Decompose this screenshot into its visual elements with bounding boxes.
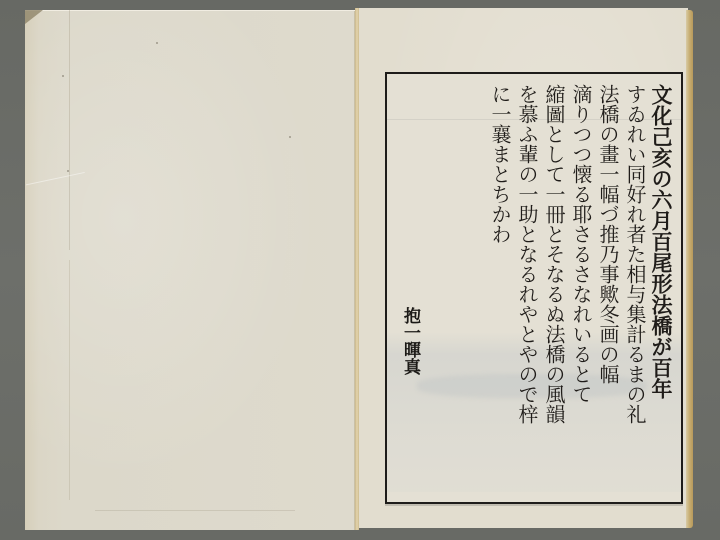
bleed-through-mark [95,510,295,511]
text-column-2: すゐれい同好れ者た相与集計るまの礼 [621,84,648,494]
paper-speck [62,75,64,77]
folded-corner [25,10,43,24]
text-column-1: 文化己亥の六月百尾形法橋が百年 [648,84,675,494]
text-column-4: 滴りつ⁠つ懐る耶さるさなれいるとて [567,84,594,494]
binding-crease-line-lower [69,260,70,500]
paper-speck [67,170,69,172]
text-frame-border: 文化己亥の六月百尾形法橋が百年 すゐれい同好れ者た相与集計るまの礼 法橋の畫一幅… [385,72,683,504]
paper-speck [156,42,158,44]
paper-wrinkle [26,172,88,201]
calligraphy-columns: 文化己亥の六月百尾形法橋が百年 すゐれい同好れ者た相与集計るまの礼 法橋の畫一幅… [486,84,675,494]
text-column-5: 縮圖として一冊とそなるぬ法橋の風韻 [540,84,567,494]
text-column-6: を慕ふ輩の一助となるれやとやので梓 [513,84,540,494]
binding-crease-line [69,10,70,250]
page-edge-stack [686,10,693,528]
text-column-7: に一襄まとちかわ [486,84,513,324]
author-signature: 抱一暉真 [399,307,421,375]
paper-speck [289,136,291,138]
text-column-3: 法橋の畫一幅づ推乃事歟冬画の幅 [594,84,621,494]
right-page: 文化己亥の六月百尾形法橋が百年 すゐれい同好れ者た相与集計るまの礼 法橋の畫一幅… [359,8,688,528]
left-page-blank [25,10,355,530]
